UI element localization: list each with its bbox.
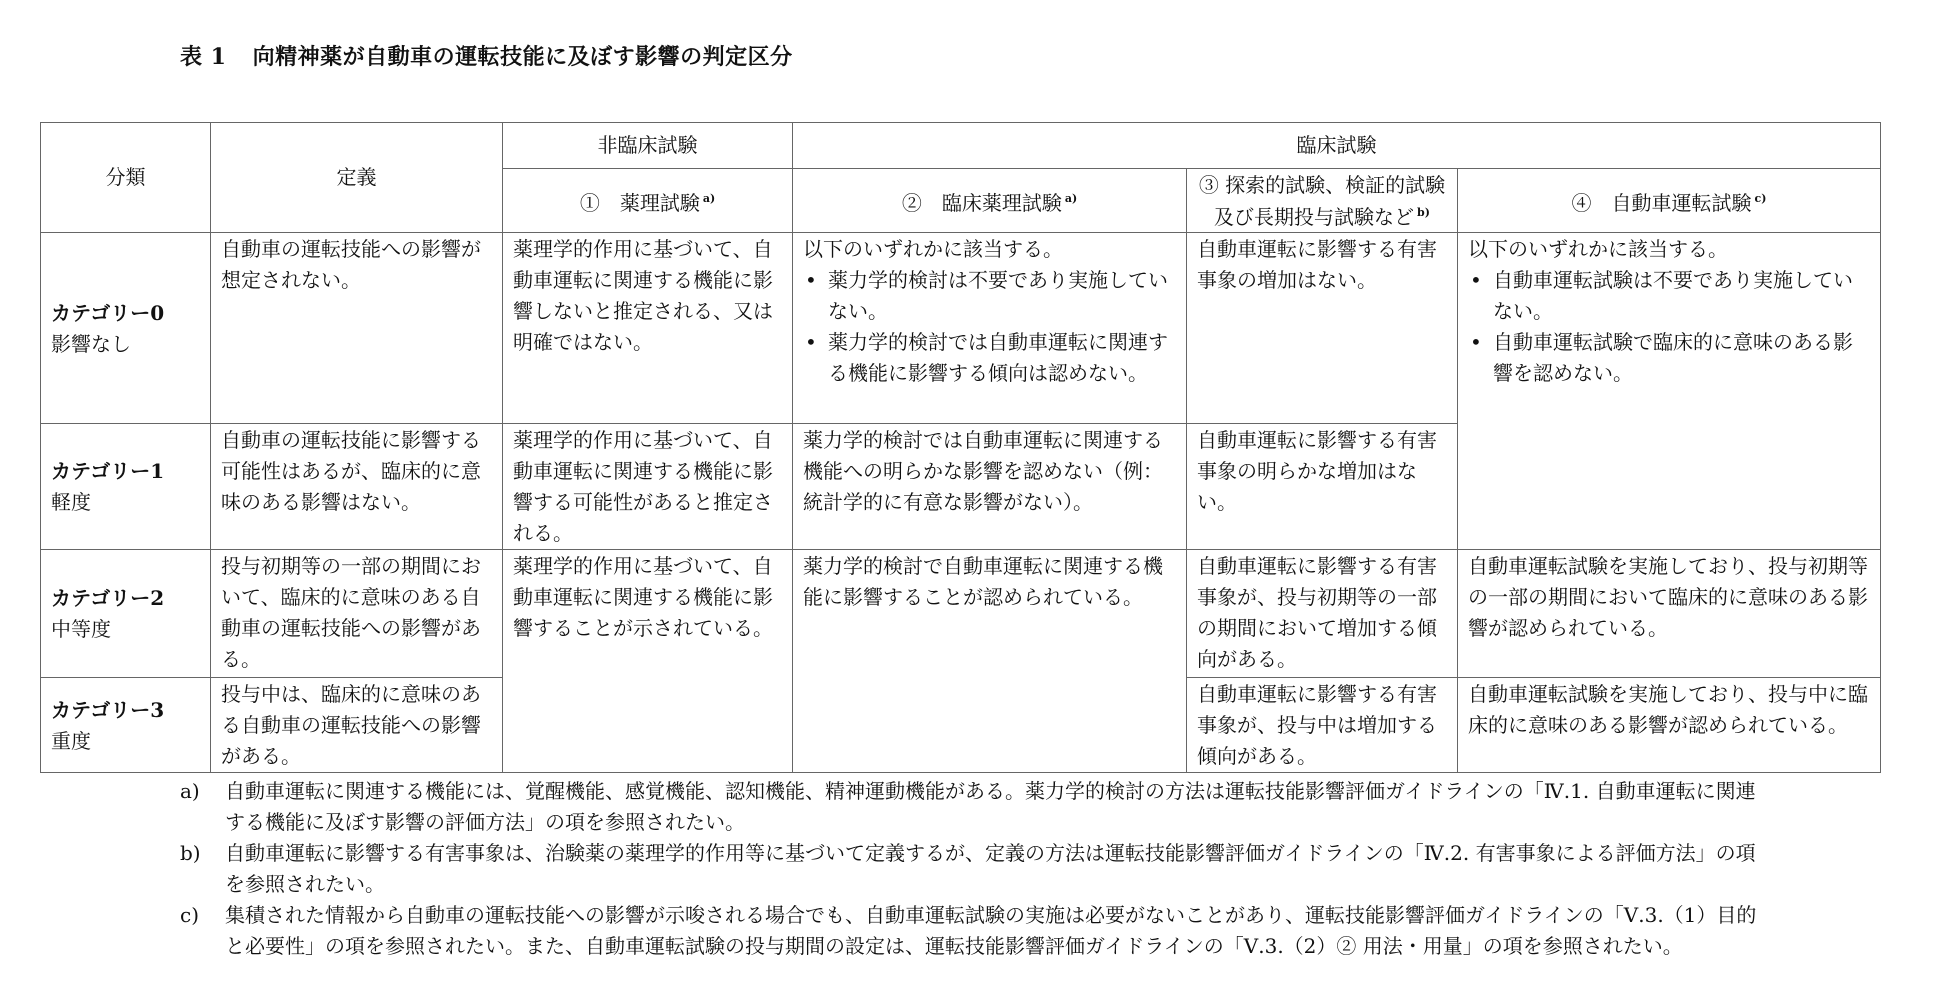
footnote-ref-a: a) <box>1065 192 1077 205</box>
pharmacology-cell: 薬理学的作用に基づいて、自動車運転に関連する機能に影響することが示されている。 <box>503 550 793 773</box>
bullet-item: 自動車運転試験は不要であり実施していない。 <box>1468 265 1870 327</box>
definition-cell: 自動車の運転技能への影響が想定されない。 <box>211 233 503 424</box>
pharmacology-cell: 薬理学的作用に基づいて、自動車運転に関連する機能に影響しないと推定される、又は明… <box>503 233 793 424</box>
bullet-item: 自動車運転試験で臨床的に意味のある影響を認めない。 <box>1468 327 1870 389</box>
header-definition: 定義 <box>211 123 503 233</box>
footnote-ref-c: c) <box>1755 192 1767 205</box>
category-table: 分類 定義 非臨床試験 臨床試験 ① 薬理試験a) ② 臨床薬理試験a) ③ 探… <box>40 122 1881 773</box>
driving-test-cell: 自動車運転試験を実施しており、投与初期等の一部の期間において臨床的に意味のある影… <box>1458 550 1881 678</box>
header-pharmacology-label: ① 薬理試験 <box>580 191 700 215</box>
category-level: 軽度 <box>51 487 200 518</box>
header-clinical-pharmacology-label: ② 臨床薬理試験 <box>902 191 1062 215</box>
category-cell: カテゴリー2 中等度 <box>41 550 211 678</box>
exploratory-cell: 自動車運転に影響する有害事象の増加はない。 <box>1187 233 1458 424</box>
header-nonclinical: 非臨床試験 <box>503 123 793 169</box>
header-pharmacology-test: ① 薬理試験a) <box>503 169 793 233</box>
footnote-label: c) <box>180 900 225 962</box>
footnote-text: 集積された情報から自動車の運転技能への影響が示唆される場合でも、自動車運転試験の… <box>225 900 1760 962</box>
footnote-label: a) <box>180 776 225 838</box>
category-level: 中等度 <box>51 614 200 645</box>
header-classification: 分類 <box>41 123 211 233</box>
footnote-text: 自動車運転に関連する機能には、覚醒機能、感覚機能、認知機能、精神運動機能がある。… <box>225 776 1760 838</box>
definition-cell: 投与中は、臨床的に意味のある自動車の運転技能への影響がある。 <box>211 678 503 773</box>
category-cell: カテゴリー3 重度 <box>41 678 211 773</box>
table-number: 表 1 <box>180 44 226 70</box>
table-row: カテゴリー0 影響なし 自動車の運転技能への影響が想定されない。 薬理学的作用に… <box>41 233 1881 424</box>
definition-cell: 投与初期等の一部の期間において、臨床的に意味のある自動車の運転技能への影響がある… <box>211 550 503 678</box>
exploratory-cell: 自動車運転に影響する有害事象の明らかな増加はない。 <box>1187 424 1458 550</box>
footnote-text: 自動車運転に影響する有害事象は、治験薬の薬理学的作用等に基づいて定義するが、定義… <box>225 838 1760 900</box>
header-row-1: 分類 定義 非臨床試験 臨床試験 <box>41 123 1881 169</box>
cell-intro: 以下のいずれかに該当する。 <box>1468 234 1870 265</box>
header-clinical: 臨床試験 <box>793 123 1881 169</box>
exploratory-cell: 自動車運転に影響する有害事象が、投与中は増加する傾向がある。 <box>1187 678 1458 773</box>
clinical-pharmacology-cell: 薬力学的検討では自動車運転に関連する機能への明らかな影響を認めない（例：統計学的… <box>793 424 1187 550</box>
header-exploratory-test: ③ 探索的試験、検証的試験 及び長期投与試験などb) <box>1187 169 1458 233</box>
driving-test-cell: 以下のいずれかに該当する。 自動車運転試験は不要であり実施していない。 自動車運… <box>1458 233 1881 550</box>
category-name: カテゴリー0 <box>51 298 200 329</box>
cell-intro: 以下のいずれかに該当する。 <box>803 234 1176 265</box>
footnote-c: c) 集積された情報から自動車の運転技能への影響が示唆される場合でも、自動車運転… <box>180 900 1760 962</box>
table-title: 表 1 向精神薬が自動車の運転技能に及ぼす影響の判定区分 <box>180 40 793 71</box>
footnote-a: a) 自動車運転に関連する機能には、覚醒機能、感覚機能、認知機能、精神運動機能が… <box>180 776 1760 838</box>
table-title-text: 向精神薬が自動車の運転技能に及ぼす影響の判定区分 <box>253 44 793 70</box>
category-name: カテゴリー1 <box>51 456 200 487</box>
category-cell: カテゴリー0 影響なし <box>41 233 211 424</box>
exploratory-cell: 自動車運転に影響する有害事象が、投与初期等の一部の期間において増加する傾向がある… <box>1187 550 1458 678</box>
clinical-pharmacology-cell: 以下のいずれかに該当する。 薬力学的検討は不要であり実施していない。 薬力学的検… <box>793 233 1187 424</box>
header-exploratory-line2: 及び長期投与試験など <box>1214 205 1414 229</box>
header-driving-label: ④ 自動車運転試験 <box>1572 191 1752 215</box>
bullet-list: 自動車運転試験は不要であり実施していない。 自動車運転試験で臨床的に意味のある影… <box>1468 265 1870 389</box>
bullet-item: 薬力学的検討では自動車運転に関連する機能に影響する傾向は認めない。 <box>803 327 1176 389</box>
driving-test-cell: 自動車運転試験を実施しており、投与中に臨床的に意味のある影響が認められている。 <box>1458 678 1881 773</box>
header-exploratory-line1: ③ 探索的試験、検証的試験 <box>1199 173 1445 197</box>
category-name: カテゴリー2 <box>51 583 200 614</box>
clinical-pharmacology-cell: 薬力学的検討で自動車運転に関連する機能に影響することが認められている。 <box>793 550 1187 773</box>
footnotes: a) 自動車運転に関連する機能には、覚醒機能、感覚機能、認知機能、精神運動機能が… <box>180 776 1760 962</box>
header-clinical-pharmacology-test: ② 臨床薬理試験a) <box>793 169 1187 233</box>
definition-cell: 自動車の運転技能に影響する可能性はあるが、臨床的に意味のある影響はない。 <box>211 424 503 550</box>
footnote-ref-b: b) <box>1417 206 1430 219</box>
footnote-label: b) <box>180 838 225 900</box>
category-cell: カテゴリー1 軽度 <box>41 424 211 550</box>
table-row: カテゴリー2 中等度 投与初期等の一部の期間において、臨床的に意味のある自動車の… <box>41 550 1881 678</box>
category-level: 重度 <box>51 726 200 757</box>
category-name: カテゴリー3 <box>51 695 200 726</box>
bullet-item: 薬力学的検討は不要であり実施していない。 <box>803 265 1176 327</box>
bullet-list: 薬力学的検討は不要であり実施していない。 薬力学的検討では自動車運転に関連する機… <box>803 265 1176 389</box>
header-driving-test: ④ 自動車運転試験c) <box>1458 169 1881 233</box>
pharmacology-cell: 薬理学的作用に基づいて、自動車運転に関連する機能に影響する可能性があると推定され… <box>503 424 793 550</box>
footnote-b: b) 自動車運転に影響する有害事象は、治験薬の薬理学的作用等に基づいて定義するが… <box>180 838 1760 900</box>
category-level: 影響なし <box>51 329 200 360</box>
footnote-ref-a: a) <box>703 192 715 205</box>
